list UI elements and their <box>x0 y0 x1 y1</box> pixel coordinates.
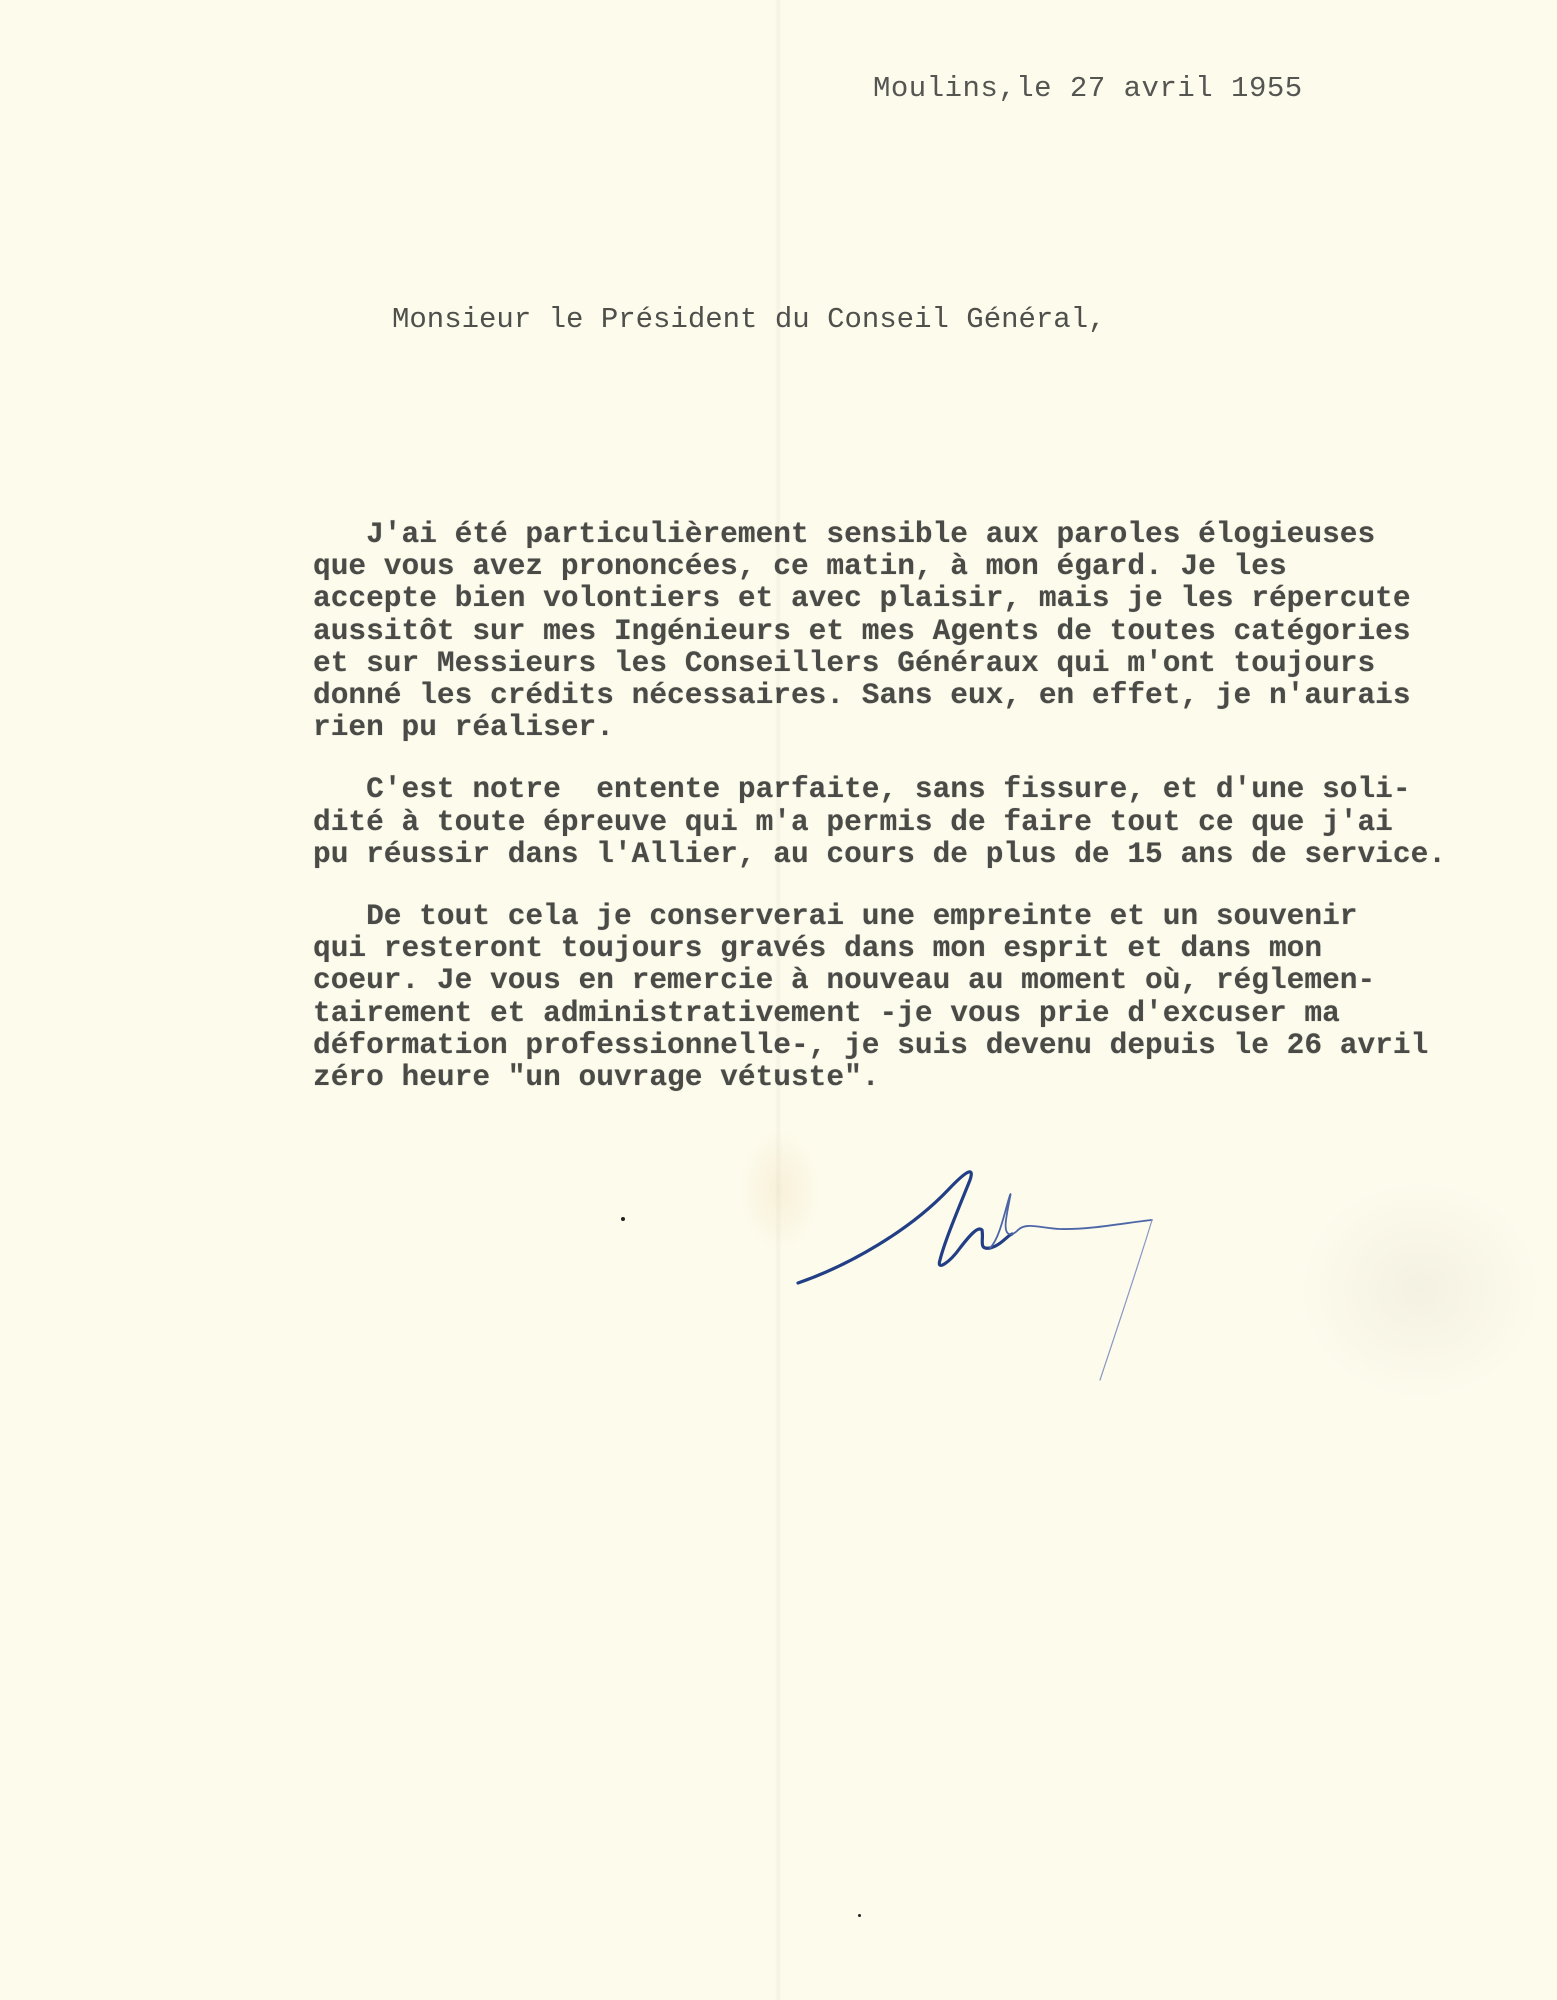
text-line: qui resteront toujours gravés dans mon e… <box>313 932 1557 964</box>
salutation: Monsieur le Président du Conseil Général… <box>392 303 1106 336</box>
letter-page: Moulins,le 27 avril 1955 Monsieur le Pré… <box>0 0 1557 2000</box>
paragraph-2: C'est notre entente parfaite, sans fissu… <box>313 773 1557 870</box>
text-line: pu réussir dans l'Allier, au cours de pl… <box>313 838 1557 870</box>
text-line: donné les crédits nécessaires. Sans eux,… <box>313 679 1557 711</box>
ink-speck <box>621 1217 625 1221</box>
text-line: accepte bien volontiers et avec plaisir,… <box>313 582 1557 614</box>
text-line: coeur. Je vous en remercie à nouveau au … <box>313 964 1557 996</box>
text-line: que vous avez prononcées, ce matin, à mo… <box>313 550 1557 582</box>
signature <box>760 1150 1240 1400</box>
text-line: De tout cela je conserverai une empreint… <box>313 900 1557 932</box>
text-line: zéro heure "un ouvrage vétuste". <box>313 1061 1557 1093</box>
paragraph-1: J'ai été particulièrement sensible aux p… <box>313 518 1557 743</box>
text-line: rien pu réaliser. <box>313 711 1557 743</box>
text-line: déformation professionnelle-, je suis de… <box>313 1029 1557 1061</box>
letter-body: J'ai été particulièrement sensible aux p… <box>313 518 1557 1123</box>
ink-speck <box>858 1914 861 1917</box>
text-line: et sur Messieurs les Conseillers Générau… <box>313 647 1557 679</box>
text-line: aussitôt sur mes Ingénieurs et mes Agent… <box>313 615 1557 647</box>
text-line: dité à toute épreuve qui m'a permis de f… <box>313 806 1557 838</box>
place-date: Moulins,le 27 avril 1955 <box>873 72 1303 105</box>
text-line: J'ai été particulièrement sensible aux p… <box>313 518 1557 550</box>
text-line: C'est notre entente parfaite, sans fissu… <box>313 773 1557 805</box>
paragraph-3: De tout cela je conserverai une empreint… <box>313 900 1557 1093</box>
text-line: tairement et administrativement -je vous… <box>313 997 1557 1029</box>
